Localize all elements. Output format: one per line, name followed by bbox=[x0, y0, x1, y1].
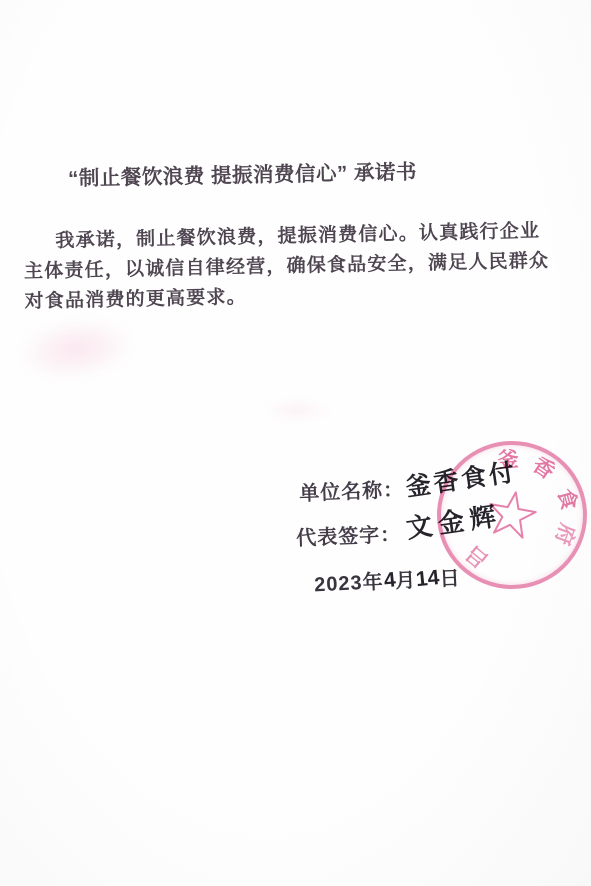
official-seal-stamp: 釜 香 食 府 吕 bbox=[437, 441, 587, 589]
date-day-handwritten: 14 bbox=[415, 566, 441, 592]
unit-name-label: 单位名称： bbox=[299, 479, 405, 505]
date-month-unit: 月 bbox=[395, 570, 417, 593]
page-title: “制止餐饮浪费 提振消费信心” 承诺书 bbox=[68, 155, 417, 192]
date-row: 2023年4月14日 bbox=[313, 562, 461, 598]
ink-smudge bbox=[262, 398, 332, 422]
date-day-unit: 日 bbox=[439, 568, 461, 591]
date-month-handwritten: 4 bbox=[382, 568, 396, 593]
ink-smudge bbox=[12, 310, 139, 388]
seal-character: 香 bbox=[529, 454, 558, 483]
seal-character: 食 bbox=[554, 486, 580, 512]
scanned-commitment-letter: “制止餐饮浪费 提振消费信心” 承诺书 我承诺，制止餐饮浪费，提振消费信心。认真… bbox=[0, 0, 591, 886]
seal-character: 吕 bbox=[462, 542, 492, 572]
date-year: 2023年 bbox=[314, 571, 384, 596]
seal-character: 府 bbox=[551, 521, 578, 548]
seal-character: 釜 bbox=[497, 449, 519, 471]
body-paragraph: 我承诺，制止餐饮浪费，提振消费信心。认真践行企业 主体责任，以诚信自律经营，确保… bbox=[23, 216, 555, 317]
representative-label: 代表签字： bbox=[296, 524, 402, 550]
star-icon bbox=[483, 485, 541, 543]
